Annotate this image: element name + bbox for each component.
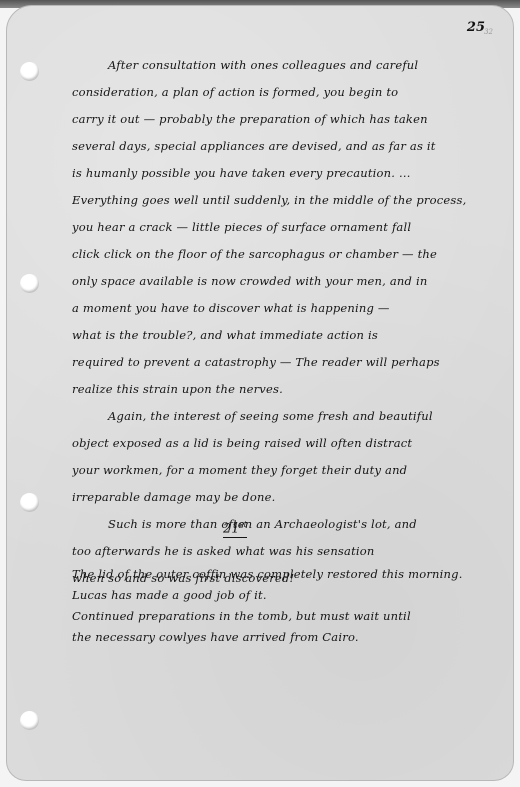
text-line: irreparable damage may be done. bbox=[72, 484, 492, 511]
diary-line: the necessary cowlyes have arrived from … bbox=[72, 627, 492, 648]
page-number-secondary: 32 bbox=[484, 28, 493, 36]
text-line: Everything goes well until suddenly, in … bbox=[72, 187, 492, 214]
text-line: too afterwards he is asked what was his … bbox=[72, 538, 492, 565]
text-line: click click on the floor of the sarcopha… bbox=[72, 241, 492, 268]
text-line: object exposed as a lid is being raised … bbox=[72, 430, 492, 457]
page-number: 25 bbox=[467, 20, 485, 35]
punch-hole bbox=[20, 62, 39, 81]
text-line: consideration, a plan of action is forme… bbox=[72, 79, 492, 106]
diary-line: Continued preparations in the tomb, but … bbox=[72, 606, 492, 627]
text-line: what is the trouble?, and what immediate… bbox=[72, 322, 492, 349]
date-suffix: st bbox=[240, 520, 247, 529]
journal-body: After consultation with ones colleagues … bbox=[72, 52, 492, 592]
text-line: only space available is now crowded with… bbox=[72, 268, 492, 295]
text-line: your workmen, for a moment they forget t… bbox=[72, 457, 492, 484]
text-line: is humanly possible you have taken every… bbox=[72, 160, 492, 187]
text-line: realize this strain upon the nerves. bbox=[72, 376, 492, 403]
text-line: Again, the interest of seeing some fresh… bbox=[72, 403, 492, 430]
text-line: a moment you have to discover what is ha… bbox=[72, 295, 492, 322]
punch-hole bbox=[20, 493, 39, 512]
diary-entry: The lid of the outer coffin was complete… bbox=[72, 564, 492, 648]
punch-hole bbox=[20, 274, 39, 293]
text-line: required to prevent a catastrophy — The … bbox=[72, 349, 492, 376]
diary-line: Lucas has made a good job of it. bbox=[72, 585, 492, 606]
diary-line: The lid of the outer coffin was complete… bbox=[72, 564, 492, 585]
text-line: carry it out — probably the preparation … bbox=[72, 106, 492, 133]
text-line: Such is more than often an Archaeologist… bbox=[72, 511, 492, 538]
text-line: After consultation with ones colleagues … bbox=[72, 52, 492, 79]
punch-hole bbox=[20, 711, 39, 730]
text-line: several days, special appliances are dev… bbox=[72, 133, 492, 160]
text-line: you hear a crack — little pieces of surf… bbox=[72, 214, 492, 241]
date-heading: 21st bbox=[223, 520, 247, 538]
date-day: 21 bbox=[223, 521, 240, 536]
